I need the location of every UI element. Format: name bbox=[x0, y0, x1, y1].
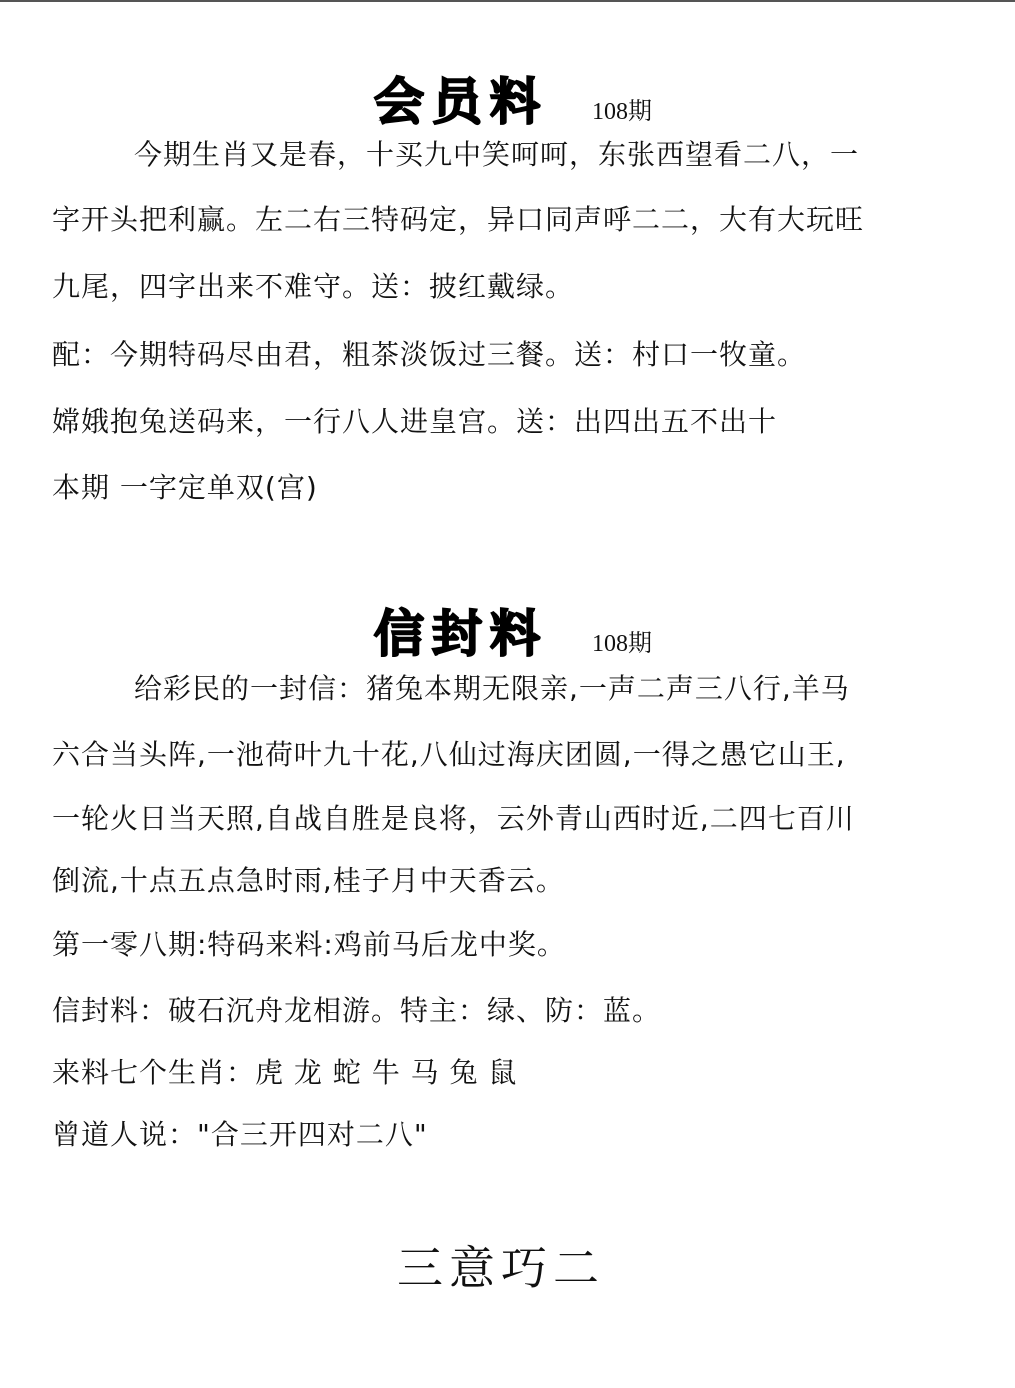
paragraph-line: 曾道人说："合三开四对二八" bbox=[52, 1118, 428, 1152]
paragraph-line: 来料七个生肖：虎 龙 蛇 牛 马 兔 鼠 bbox=[52, 1056, 517, 1090]
paragraph-line: 九尾，四字出来不难守。送：披红戴绿。 bbox=[52, 270, 574, 304]
paragraph-line: 给彩民的一封信：猪兔本期无限亲,一声二声三八行,羊马 bbox=[134, 672, 850, 706]
paragraph-line: 今期生肖又是春，十买九中笑呵呵，东张西望看二八，一 bbox=[134, 138, 859, 172]
paragraph-line: 第一零八期:特码来料:鸡前马后龙中奖。 bbox=[52, 928, 566, 962]
paragraph-line: 本期 一字定单双(宫) bbox=[52, 471, 318, 505]
paragraph-line: 信封料：破石沉舟龙相游。特主：绿、防：蓝。 bbox=[52, 994, 661, 1028]
top-border-rule bbox=[0, 0, 1015, 2]
paragraph-line: 嫦娥抱兔送码来，一行八人进皇宫。送：出四出五不出十 bbox=[52, 405, 777, 439]
issue-label: 108期 bbox=[592, 623, 652, 658]
footer-phrase: 三意巧二 bbox=[397, 1232, 605, 1298]
section-title-member: 会员料 108期 bbox=[374, 62, 652, 134]
paragraph-line: 六合当头阵,一池荷叶九十花,八仙过海庆团圆,一得之愚它山王, bbox=[52, 738, 846, 772]
issue-label: 108期 bbox=[592, 91, 652, 126]
paragraph-line: 字开头把利赢。左二右三特码定，异口同声呼二二，大有大玩旺 bbox=[52, 203, 864, 237]
paragraph-line: 配：今期特码尽由君，粗茶淡饭过三餐。送：村口一牧童。 bbox=[52, 338, 806, 372]
section-title-text: 信封料 bbox=[374, 594, 548, 666]
paragraph-line: 倒流,十点五点急时雨,桂子月中天香云。 bbox=[52, 864, 565, 898]
paragraph-line: 一轮火日当天照,自战自胜是良将，云外青山西时近,二四七百川 bbox=[52, 802, 855, 836]
section-title-envelope: 信封料 108期 bbox=[374, 594, 652, 666]
section-title-text: 会员料 bbox=[374, 62, 548, 134]
